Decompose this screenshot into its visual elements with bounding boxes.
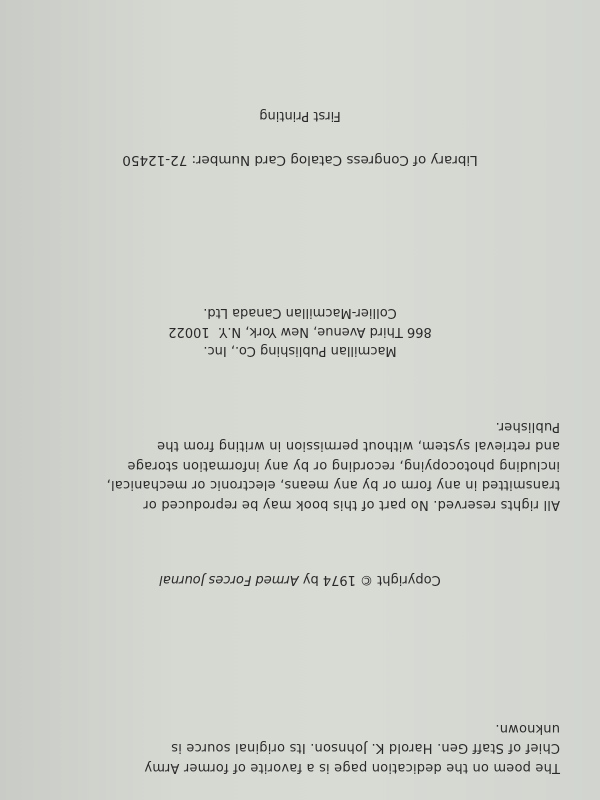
- publisher-info: Macmillan Publishing Co., Inc. 866 Third…: [120, 303, 480, 360]
- dedication-note-line: The poem on the dedication page is a fav…: [32, 758, 560, 778]
- dedication-note-line: Chief of Staff Gen. Harold K. Johnson. I…: [32, 738, 560, 758]
- copyright-notice: Copyright © 1974 by Armed Forces Journal: [90, 572, 510, 587]
- rotated-content: The poem on the dedication page is a fav…: [0, 0, 600, 800]
- copyright-holder: Armed Forces Journal: [159, 572, 298, 587]
- printing-edition: First Printing: [160, 108, 440, 123]
- publisher-canada: Collier-Macmillan Canada Ltd.: [120, 303, 480, 322]
- dedication-note: The poem on the dedication page is a fav…: [32, 719, 560, 778]
- rights-line: transmitted in any form or by any means,…: [40, 475, 560, 495]
- rights-line: including photocopying, recording or by …: [40, 456, 560, 476]
- copyright-prefix: Copyright © 1974 by: [299, 572, 441, 587]
- book-page: The poem on the dedication page is a fav…: [0, 0, 600, 800]
- dedication-note-line: unknown.: [32, 719, 560, 739]
- rights-line: All rights reserved. No part of this boo…: [40, 495, 560, 515]
- rights-statement: All rights reserved. No part of this boo…: [40, 417, 560, 515]
- publisher-name: Macmillan Publishing Co., Inc.: [120, 341, 480, 360]
- publisher-address: 866 Third Avenue, New York, N.Y. 10022: [120, 322, 480, 341]
- rights-line: Publisher.: [40, 417, 560, 437]
- rights-line: and retrieval system, without permission…: [40, 436, 560, 456]
- catalog-card-number: Library of Congress Catalog Card Number:…: [60, 152, 540, 168]
